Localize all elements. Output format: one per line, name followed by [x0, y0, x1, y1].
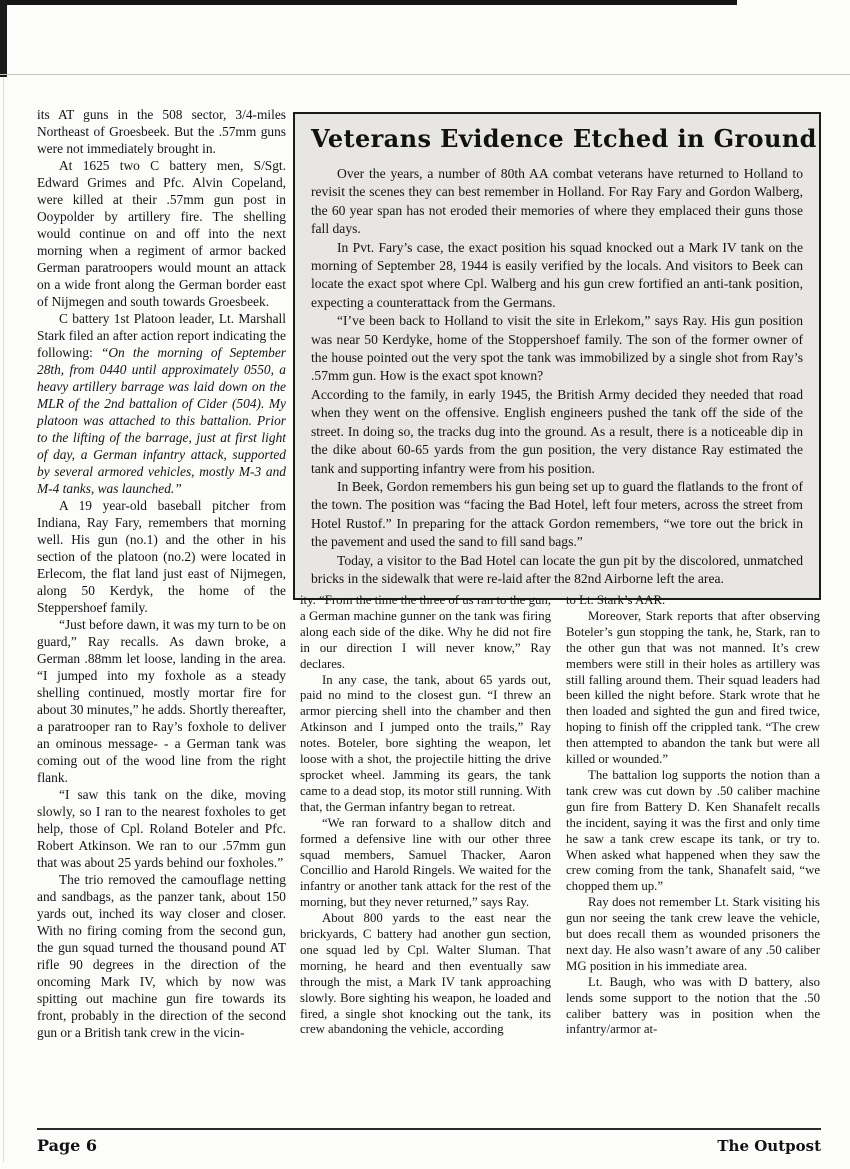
feature-box-title: Veterans Evidence Etched in Ground — [311, 124, 803, 153]
after-action-report-quote: “On the morning of September 28th, from … — [37, 345, 286, 496]
column-paragraph: Ray does not remember Lt. Stark visiting… — [566, 895, 820, 975]
footer-publication: The Outpost — [717, 1137, 821, 1155]
column-paragraph: “I saw this tank on the dike, moving slo… — [37, 786, 286, 871]
right-column: to Lt. Stark’s AAR. Moreover, Stark repo… — [566, 593, 820, 1038]
footer-page-number: Page 6 — [37, 1136, 97, 1155]
box-paragraph: In Beek, Gordon remembers his gun being … — [311, 478, 803, 552]
footer-rule — [37, 1128, 821, 1130]
page-top-rule — [0, 74, 850, 75]
feature-box: Veterans Evidence Etched in Ground Over … — [293, 112, 821, 600]
left-column: its AT guns in the 508 sector, 3/4-miles… — [37, 106, 286, 1041]
box-paragraph: According to the family, in early 1945, … — [311, 386, 803, 478]
column-paragraph: “We ran forward to a shallow ditch and f… — [300, 816, 551, 911]
column-paragraph: Moreover, Stark reports that after obser… — [566, 609, 820, 768]
column-paragraph: its AT guns in the 508 sector, 3/4-miles… — [37, 106, 286, 157]
column-paragraph: ity. “From the time the three of us ran … — [300, 593, 551, 673]
middle-column: ity. “From the time the three of us ran … — [300, 593, 551, 1038]
column-paragraph: C battery 1st Platoon leader, Lt. Marsha… — [37, 310, 286, 497]
scan-left-edge-line — [3, 77, 4, 1162]
column-paragraph: In any case, the tank, about 65 yards ou… — [300, 673, 551, 816]
column-paragraph: A 19 year-old baseball pitcher from Indi… — [37, 497, 286, 616]
newsletter-page: its AT guns in the 508 sector, 3/4-miles… — [0, 0, 850, 1169]
column-paragraph: “Just before dawn, it was my turn to be … — [37, 616, 286, 786]
box-paragraph: Today, a visitor to the Bad Hotel can lo… — [311, 552, 803, 589]
column-paragraph: to Lt. Stark’s AAR. — [566, 593, 820, 609]
column-paragraph: At 1625 two C battery men, S/Sgt. Edward… — [37, 157, 286, 310]
scan-top-edge — [0, 0, 737, 5]
column-paragraph: About 800 yards to the east near the bri… — [300, 911, 551, 1038]
box-paragraph: “I’ve been back to Holland to visit the … — [311, 312, 803, 386]
box-paragraph: Over the years, a number of 80th AA comb… — [311, 165, 803, 239]
column-paragraph: The battalion log supports the notion th… — [566, 768, 820, 895]
box-paragraph: In Pvt. Fary’s case, the exact position … — [311, 239, 803, 313]
column-paragraph: Lt. Baugh, who was with D battery, also … — [566, 975, 820, 1039]
scan-left-edge — [0, 0, 7, 77]
column-paragraph: The trio removed the camouflage netting … — [37, 871, 286, 1041]
